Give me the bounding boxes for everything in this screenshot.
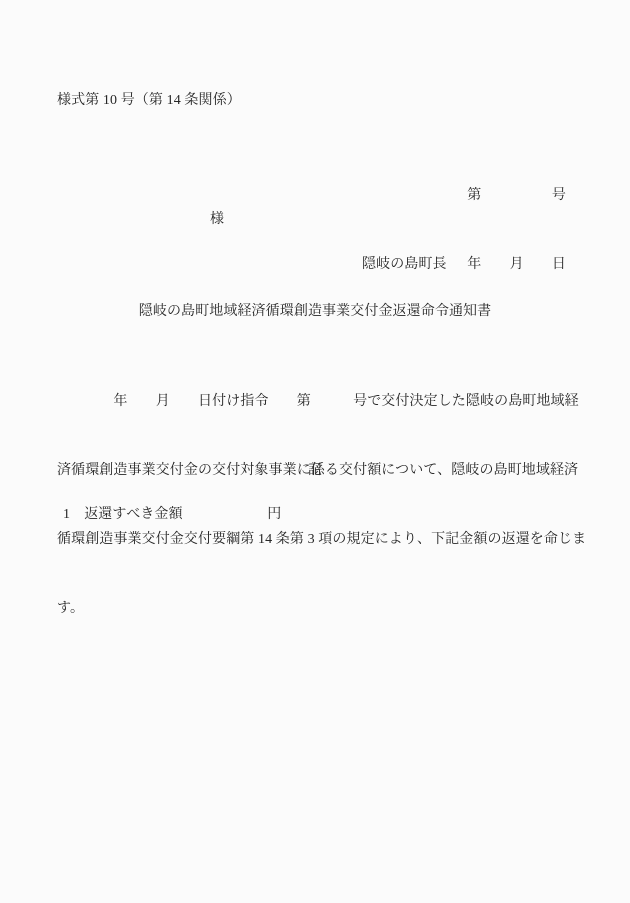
- document-date-line: 年 月 日: [467, 253, 566, 276]
- return-amount-item: 1 返還すべき金額 円: [63, 503, 281, 526]
- document-number-block: 第 号 年 月 日: [467, 138, 566, 322]
- document-page: 様式第 10 号（第 14 条関係） 第 号 年 月 日 様 隠岐の島町長 隠岐…: [0, 0, 630, 903]
- body-line-3: 循環創造事業交付金交付要綱第 14 条第 3 項の規定により、下記金額の返還を命…: [57, 528, 586, 551]
- body-line-1: 年 月 日付け指令 第 号で交付決定した隠岐の島町地域経: [57, 390, 586, 413]
- addressee-honorific: 様: [210, 208, 224, 231]
- body-line-4: す。: [57, 597, 586, 620]
- document-title: 隠岐の島町地域経済循環創造事業交付金返還命令通知書: [0, 300, 630, 323]
- document-number-line: 第 号: [467, 184, 566, 207]
- sender-title: 隠岐の島町長: [362, 253, 447, 276]
- form-number: 様式第 10 号（第 14 条関係）: [57, 89, 241, 112]
- record-marker: 記: [0, 459, 630, 482]
